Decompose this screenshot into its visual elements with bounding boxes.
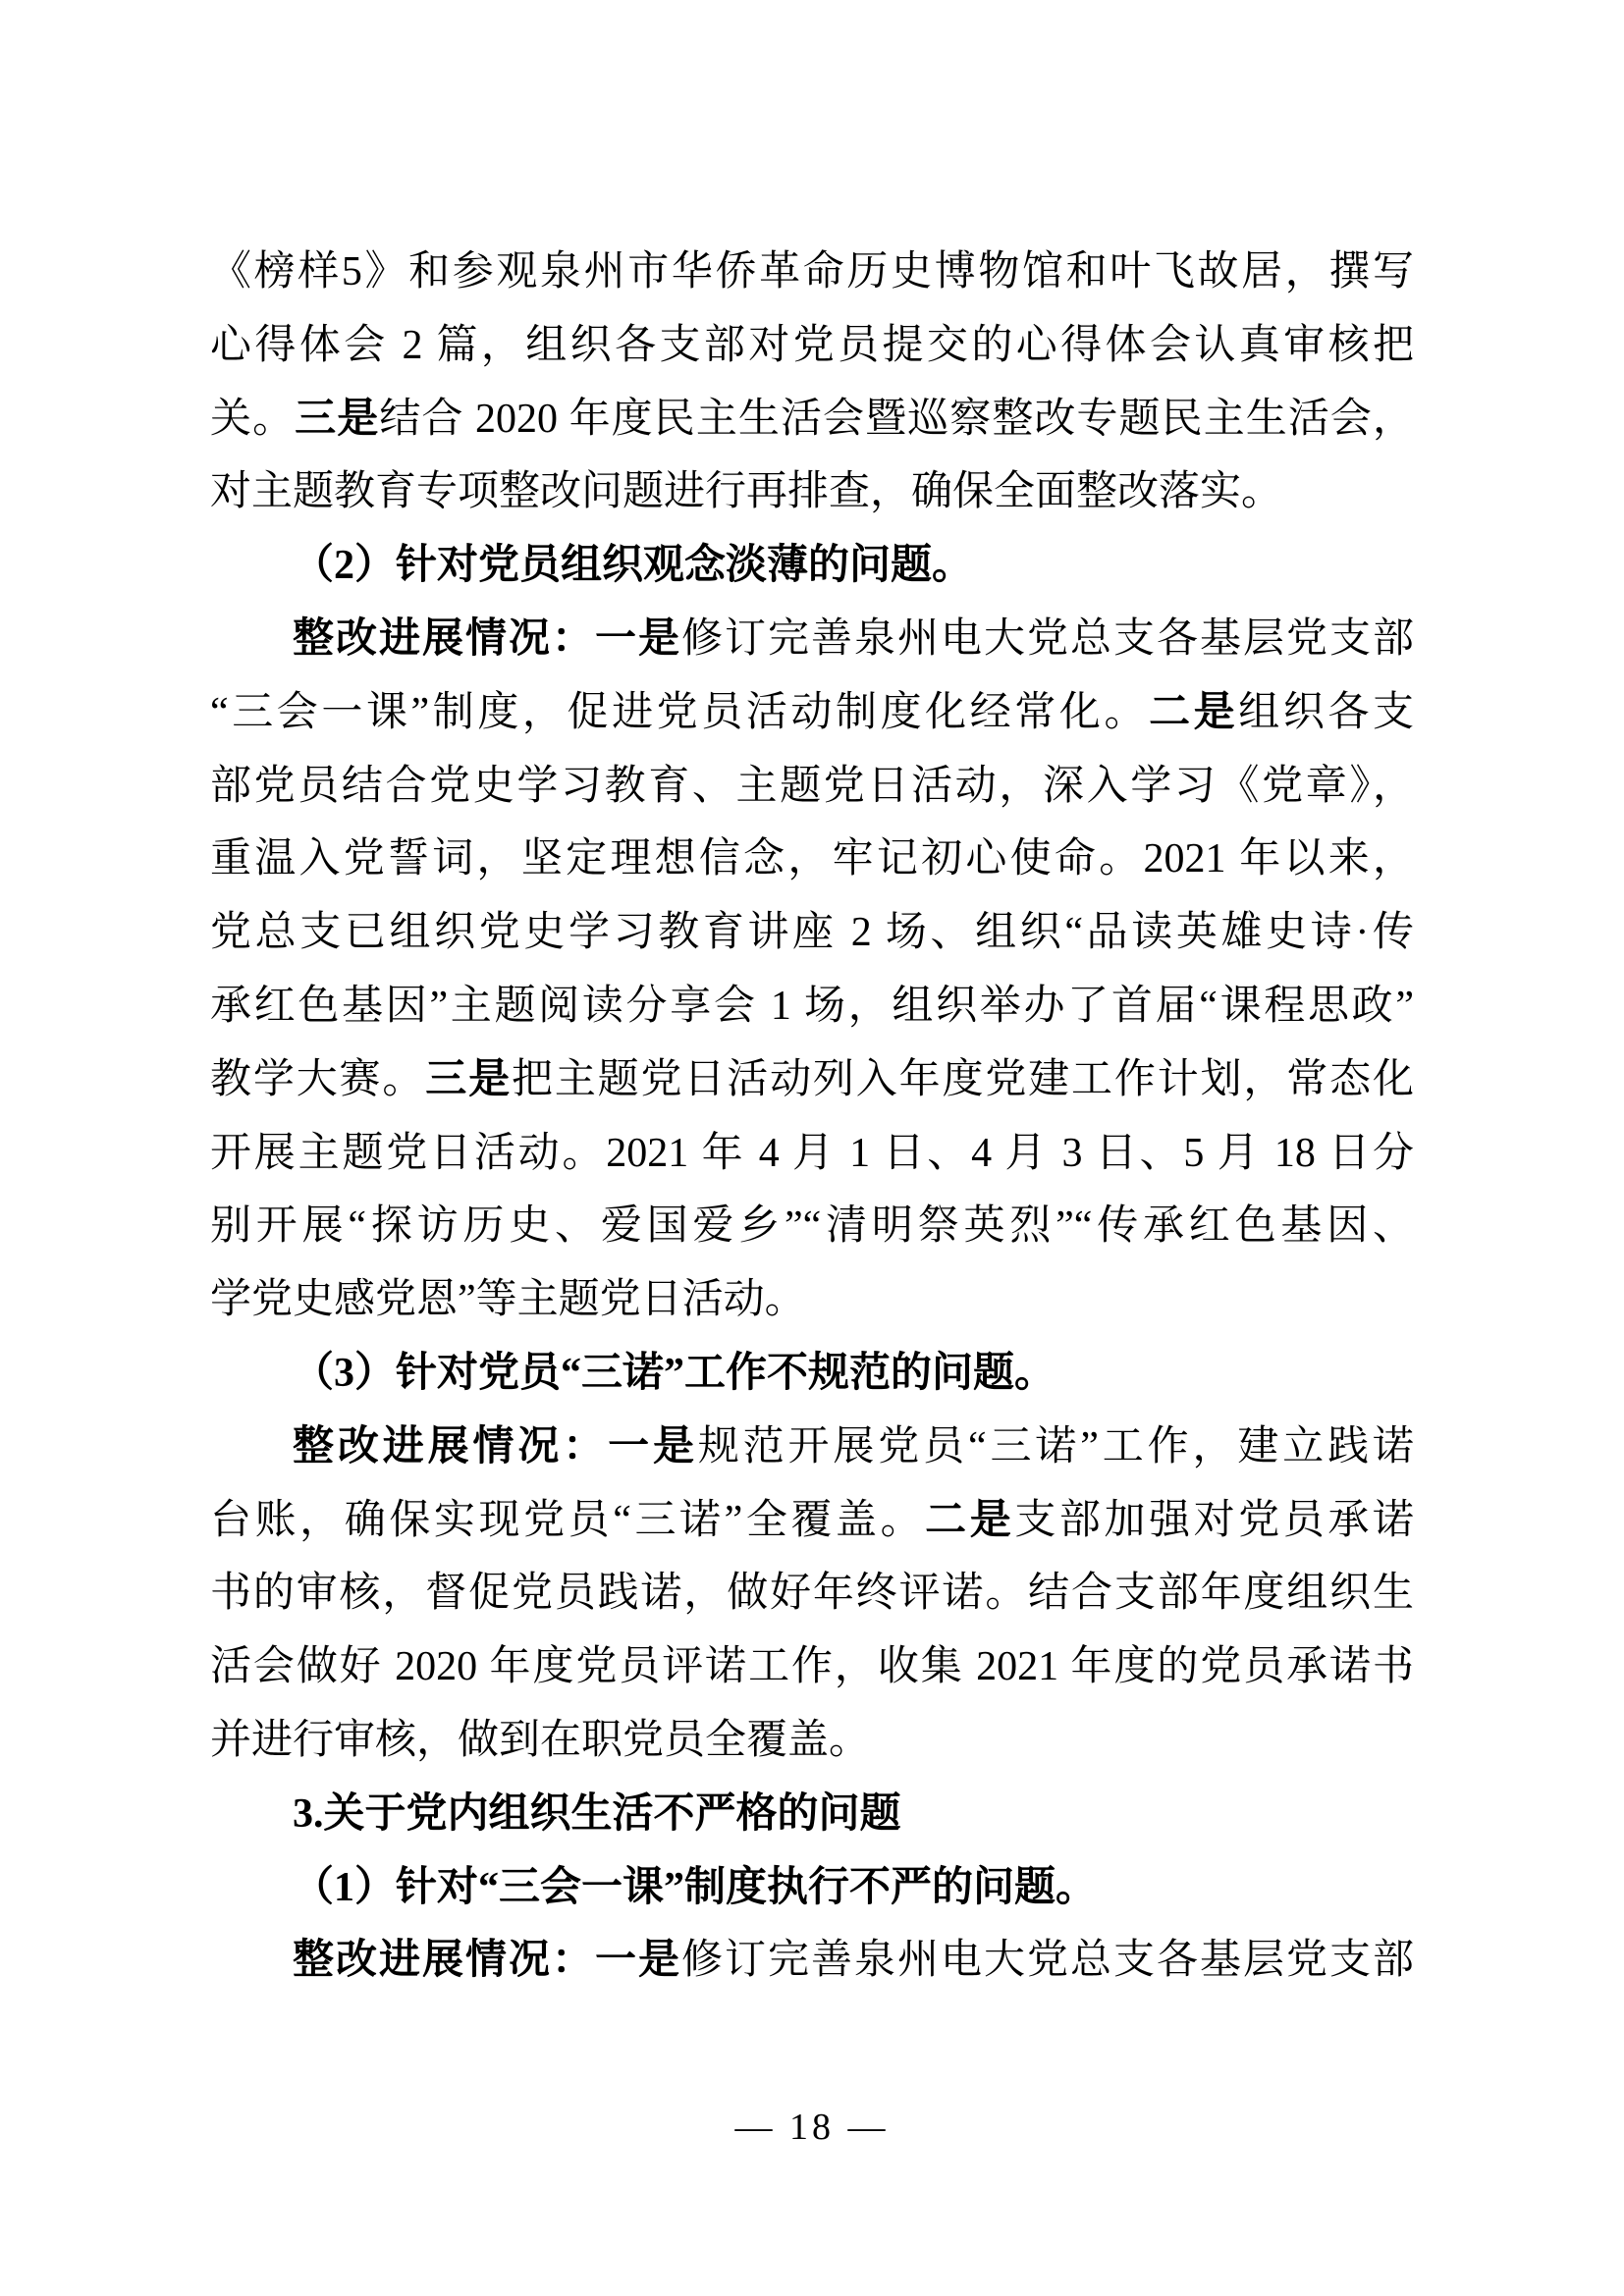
page-number: — 18 — [0,2106,1624,2149]
text-segment: 台账，确保实现党员“三诺”全覆盖。 [210,1498,925,1543]
text-segment: 开展主题党日活动。2021 年 4 月 1 日、4 月 3 日、5 月 18 日… [210,1131,1414,1176]
text-line: 党总支已组织党史学习教育讲座 2 场、组织“品读英雄史诗·传 [210,896,1414,970]
text-segment: 别开展“探访历史、爱国爱乡”“清明祭英烈”“传承红色基因、 [210,1203,1414,1249]
text-line: 关。三是结合 2020 年度民主生活会暨巡察整改专题民主生活会， [210,383,1414,456]
text-line: 重温入党誓词，坚定理想信念，牢记初心使命。2021 年以来， [210,823,1414,896]
bold-text-segment: 三是 [425,1057,512,1102]
text-line: 学党史感党恩”等主题党日活动。 [210,1263,1414,1337]
text-segment: 对主题教育专项整改问题进行再排查，确保全面整改落实。 [210,469,1282,514]
heading-line: （2）针对党员组织观念淡薄的问题。 [210,529,1414,603]
text-line: 部党员结合党史学习教育、主题党日活动，深入学习《党章》， [210,750,1414,824]
text-line: 承红色基因”主题阅读分享会 1 场，组织举办了首届“课程思政” [210,970,1414,1043]
text-segment: 并进行审核，做到在职党员全覆盖。 [210,1718,870,1763]
text-line: 教学大赛。三是把主题党日活动列入年度党建工作计划，常态化 [210,1043,1414,1117]
text-segment: 结合 2020 年度民主生活会暨巡察整改专题民主生活会， [379,397,1414,442]
text-segment: 修订完善泉州电大党总支各基层党支部 [681,1938,1414,1983]
heading-line: （3）针对党员“三诺”工作不规范的问题。 [210,1337,1414,1411]
document-body: 《榜样5》和参观泉州市华侨革命历史博物馆和叶飞故居，撰写心得体会 2 篇，组织各… [210,236,1414,1998]
text-segment: 活会做好 2020 年度党员评诺工作，收集 2021 年度的党员承诺书 [210,1644,1414,1689]
text-line: 对主题教育专项整改问题进行再排查，确保全面整改落实。 [210,455,1414,529]
text-line: 台账，确保实现党员“三诺”全覆盖。二是支部加强对党员承诺 [210,1484,1414,1558]
text-segment: 党总支已组织党史学习教育讲座 2 场、组织“品读英雄史诗·传 [210,910,1414,955]
text-segment: 把主题党日活动列入年度党建工作计划，常态化 [512,1057,1414,1102]
text-segment: 修订完善泉州电大党总支各基层党支部 [681,616,1414,662]
heading-line: 3.关于党内组织生活不严格的问题 [210,1778,1414,1851]
text-line: 整改进展情况：一是修订完善泉州电大党总支各基层党支部 [210,1924,1414,1998]
text-segment: 重温入党誓词，坚定理想信念，牢记初心使命。2021 年以来， [210,836,1414,881]
text-segment: 《榜样5》和参观泉州市华侨革命历史博物馆和叶飞故居，撰写 [210,249,1414,294]
document-page: 《榜样5》和参观泉州市华侨革命历史博物馆和叶飞故居，撰写心得体会 2 篇，组织各… [0,0,1624,2296]
text-line: “三会一课”制度，促进党员活动制度化经常化。二是组织各支 [210,676,1414,750]
text-line: 整改进展情况：一是规范开展党员“三诺”工作，建立践诺 [210,1411,1414,1484]
text-segment: 规范开展党员“三诺”工作，建立践诺 [698,1424,1414,1469]
text-line: 开展主题党日活动。2021 年 4 月 1 日、4 月 3 日、5 月 18 日… [210,1117,1414,1191]
text-segment: 支部加强对党员承诺 [1014,1498,1414,1543]
bold-text-segment: 整改进展情况：一是 [293,616,681,662]
text-line: 心得体会 2 篇，组织各支部对党员提交的心得体会认真审核把 [210,309,1414,383]
bold-text-segment: 二是 [925,1498,1014,1543]
text-line: 整改进展情况：一是修订完善泉州电大党总支各基层党支部 [210,603,1414,676]
text-segment: 部党员结合党史学习教育、主题党日活动，深入学习《党章》， [210,764,1414,809]
bold-text-segment: 3.关于党内组织生活不严格的问题 [293,1791,901,1837]
text-line: 《榜样5》和参观泉州市华侨革命历史博物馆和叶飞故居，撰写 [210,236,1414,309]
text-segment: 学党史感党恩”等主题党日活动。 [210,1277,806,1322]
text-segment: “三会一课”制度，促进党员活动制度化经常化。 [210,690,1149,735]
bold-text-segment: 整改进展情况：一是 [293,1938,681,1983]
bold-text-segment: 三是 [295,397,379,442]
bold-text-segment: （3）针对党员“三诺”工作不规范的问题。 [293,1351,1056,1396]
text-segment: 承红色基因”主题阅读分享会 1 场，组织举办了首届“课程思政” [210,984,1414,1029]
text-segment: 书的审核，督促党员践诺，做好年终评诺。结合支部年度组织生 [210,1571,1414,1616]
heading-line: （1）针对“三会一课”制度执行不严的问题。 [210,1851,1414,1925]
text-segment: 关。 [210,397,295,442]
bold-text-segment: （2）针对党员组织观念淡薄的问题。 [293,543,973,588]
bold-text-segment: （1）针对“三会一课”制度执行不严的问题。 [293,1865,1097,1910]
bold-text-segment: 二是 [1149,690,1238,735]
text-line: 并进行审核，做到在职党员全覆盖。 [210,1704,1414,1778]
text-line: 书的审核，督促党员践诺，做好年终评诺。结合支部年度组织生 [210,1557,1414,1630]
text-segment: 组织各支 [1238,690,1414,735]
text-line: 别开展“探访历史、爱国爱乡”“清明祭英烈”“传承红色基因、 [210,1190,1414,1263]
text-segment: 教学大赛。 [210,1057,425,1102]
text-segment: 心得体会 2 篇，组织各支部对党员提交的心得体会认真审核把 [210,323,1414,368]
text-line: 活会做好 2020 年度党员评诺工作，收集 2021 年度的党员承诺书 [210,1630,1414,1704]
bold-text-segment: 整改进展情况：一是 [293,1424,698,1469]
